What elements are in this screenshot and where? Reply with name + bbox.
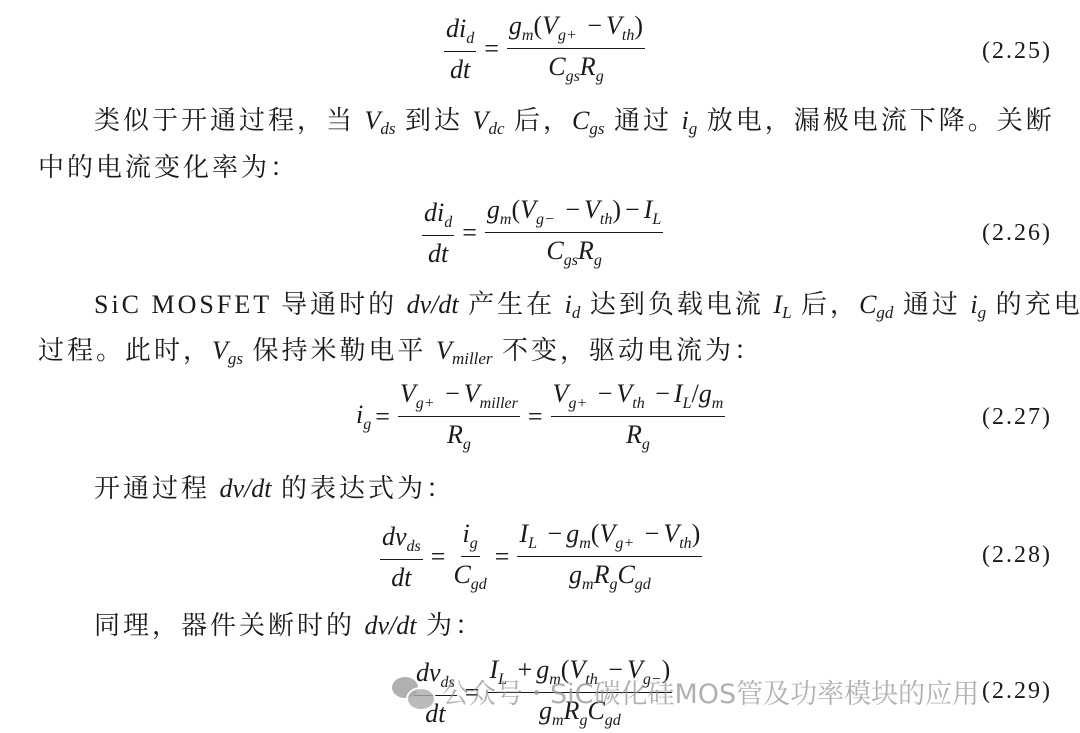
text: 开通过程	[94, 474, 220, 503]
text: 产生在	[459, 290, 565, 319]
symbol: dv/dt	[407, 290, 459, 319]
symbol: V	[436, 336, 452, 365]
subscript: ds	[380, 119, 395, 138]
paragraph-line: 中的电流变化率为：	[38, 155, 299, 181]
equation-number: (2.26)	[982, 220, 1052, 247]
fraction-rhs: IL +gm(Vth −Vg−) gmRgCgd	[487, 656, 672, 730]
subscript: gd	[876, 303, 893, 322]
symbol: dv/dt	[365, 611, 417, 640]
text: 不变，驱动电流为：	[493, 336, 764, 365]
equation-2-25: diddt = gm(Vg+ −Vth) CgsRg	[440, 12, 649, 86]
symbol: I	[773, 290, 782, 319]
equation-number: (2.27)	[982, 404, 1052, 431]
paragraph-line: SiC MOSFET 导通时的 dv/dt 产生在 id 达到负载电流 IL 后…	[94, 292, 1080, 321]
paragraph-line: 开通过程 dv/dt 的表达式为：	[94, 476, 455, 502]
equation-2-27: ig = Vg+ −Vmiller Rg = Vg+ −Vth −IL/gm R…	[356, 380, 729, 454]
symbol: V	[473, 106, 489, 135]
subscript: miller	[452, 349, 493, 368]
fraction-did-dt: diddt	[422, 199, 454, 267]
symbol: i	[970, 290, 977, 319]
text: 保持米勒电平	[243, 336, 436, 365]
text: 过程。此时，	[38, 336, 212, 365]
subscript: dc	[488, 119, 504, 138]
text: 的表达式为：	[272, 474, 456, 503]
text: 通过	[604, 106, 681, 135]
symbol: C	[572, 106, 589, 135]
text: 到达	[396, 106, 473, 135]
symbol: C	[859, 290, 876, 319]
equation-number: (2.29)	[982, 678, 1052, 705]
text: 为：	[417, 611, 485, 640]
text: 类似于开通过程，当	[94, 106, 365, 135]
equation-2-26: diddt = gm(Vg− −Vth)−IL CgsRg	[418, 196, 667, 270]
text: 同理，器件关断时的	[94, 611, 365, 640]
fraction-rhs: gm(Vg− −Vth)−IL CgsRg	[485, 196, 663, 270]
text: 后，	[792, 290, 860, 319]
text: SiC MOSFET 导通时的	[94, 290, 407, 319]
text: 达到负载电流	[580, 290, 773, 319]
equation-number: (2.28)	[982, 542, 1052, 569]
symbol: V	[212, 336, 228, 365]
fraction-dvds-dt: dvdsdt	[414, 659, 457, 727]
fraction-rhs: gm(Vg+ −Vth) CgsRg	[507, 12, 645, 86]
subscript: gs	[589, 119, 604, 138]
equation-2-29: dvdsdt = IL +gm(Vth −Vg−) gmRgCgd	[410, 656, 676, 730]
fraction-dvds-dt: dvdsdt	[380, 523, 423, 591]
symbol: i	[681, 106, 688, 135]
text: 放电，漏极电流下降。关断	[697, 106, 1055, 135]
fraction-mid: Vg+ −Vmiller Rg	[398, 380, 520, 454]
fraction-rhs: IL −gm(Vg+ −Vth) gmRgCgd	[517, 520, 702, 594]
subscript: g	[689, 119, 698, 138]
fraction-mid: igCgd	[453, 520, 486, 594]
paragraph-line: 过程。此时，Vgs 保持米勒电平 Vmiller 不变，驱动电流为：	[38, 338, 763, 367]
text: 通过	[893, 290, 970, 319]
symbol: i	[565, 290, 572, 319]
subscript: gs	[228, 349, 243, 368]
paragraph-line: 类似于开通过程，当 Vds 到达 Vdc 后，Cgs 通过 ig 放电，漏极电流…	[94, 108, 1055, 137]
subscript: g	[978, 303, 987, 322]
symbol: V	[365, 106, 381, 135]
text: 后，	[504, 106, 572, 135]
subscript: L	[782, 303, 791, 322]
text: 的充电	[986, 290, 1080, 319]
fraction-rhs: Vg+ −Vth −IL/gm Rg	[551, 380, 726, 454]
equation-2-28: dvdsdt = igCgd = IL −gm(Vg+ −Vth) gmRgCg…	[376, 520, 706, 594]
paragraph-line: 同理，器件关断时的 dv/dt 为：	[94, 613, 484, 639]
equation-number: (2.25)	[982, 38, 1052, 65]
fraction-did-dt: diddt	[444, 15, 476, 83]
symbol: dv/dt	[220, 474, 272, 503]
